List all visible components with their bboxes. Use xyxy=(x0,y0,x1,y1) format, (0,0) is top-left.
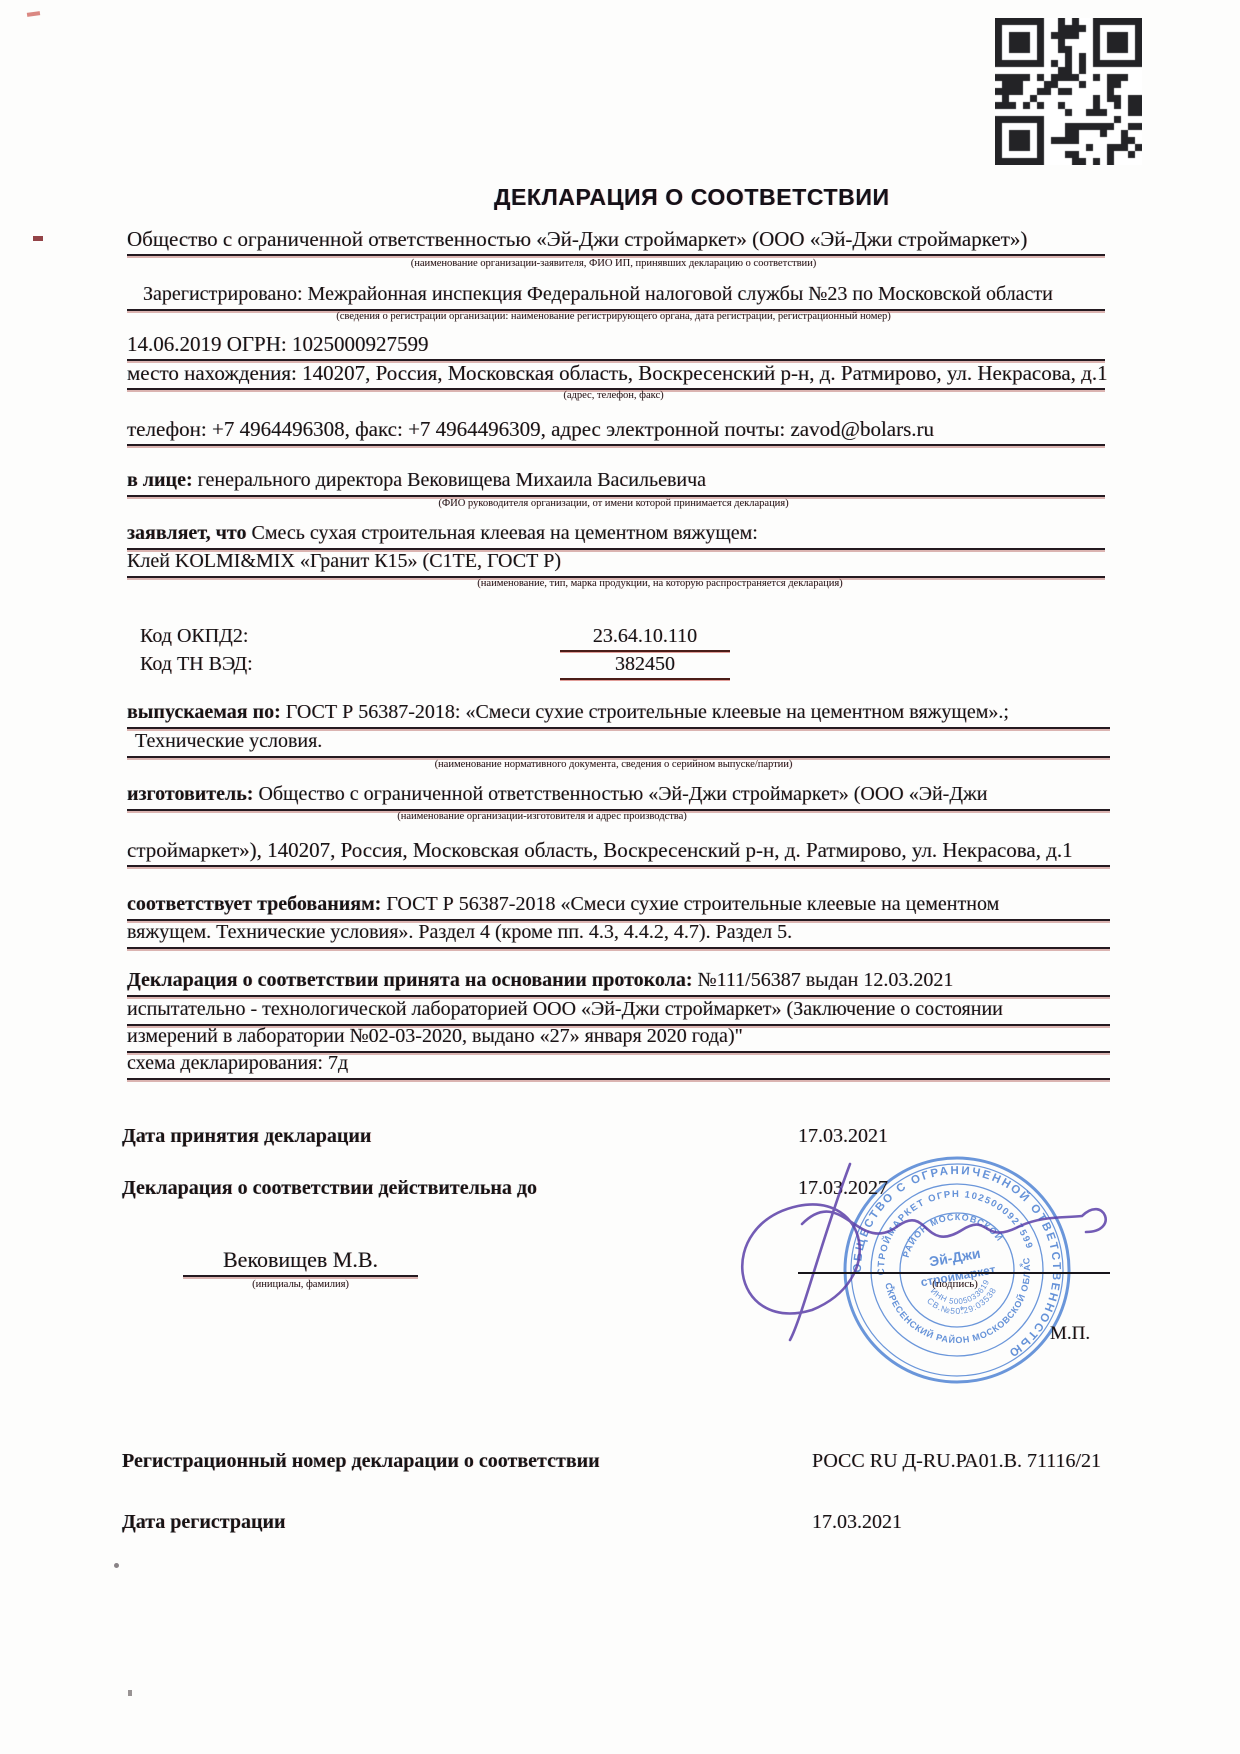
scan-speck-top-left xyxy=(27,11,40,17)
scheme-text: схема декларирования: 7д xyxy=(127,1052,348,1074)
manufacturer-value2: строймаркет»), 140207, Россия, Московска… xyxy=(127,838,1073,862)
signature-line xyxy=(798,1250,1110,1274)
declarant-ogrn-text: 14.06.2019 ОГРН: 1025000927599 xyxy=(127,332,429,356)
product-line: Клей KOLMI&MIX «Гранит К15» (С1ТЕ, ГОСТ … xyxy=(127,549,1105,578)
basis-line3: измерений в лаборатории №02-03-2020, выд… xyxy=(127,1024,1110,1053)
scan-speck-bottom-left-1 xyxy=(114,1563,119,1568)
signature-caption: (подпись) xyxy=(800,1278,1110,1290)
produced-by-label: выпускаемая по: xyxy=(127,701,281,723)
valid-until-label: Декларация о соответствии действительна … xyxy=(122,1176,537,1200)
basis-line2: испытательно - технологической лаборатор… xyxy=(127,997,1110,1026)
declares-value: Смесь сухая строительная клеевая на цеме… xyxy=(246,522,757,544)
produced-by-line2: Технические условия. xyxy=(127,729,1110,758)
representative-line: в лице: генерального директора Вековищев… xyxy=(127,468,1105,497)
compliance-value2: вяжущем. Технические условия». Раздел 4 … xyxy=(127,921,792,943)
declarant-registration-caption: (сведения о регистрации организации: наи… xyxy=(122,311,1105,323)
page-title: ДЕКЛАРАЦИЯ О СООТВЕТСТВИИ xyxy=(494,184,890,211)
basis-line: Декларация о соответствии принята на осн… xyxy=(127,968,1110,997)
declarant-ogrn-line: 14.06.2019 ОГРН: 1025000927599 xyxy=(127,332,1105,361)
scan-dash-left-margin xyxy=(33,236,43,241)
manufacturer-line2: строймаркет»), 140207, Россия, Московска… xyxy=(127,838,1110,867)
scheme-line: схема декларирования: 7д xyxy=(127,1051,1110,1080)
compliance-line: соответствует требованиям: ГОСТ Р 56387-… xyxy=(127,892,1110,921)
produced-by-value2: Технические условия. xyxy=(127,730,322,752)
qr-code xyxy=(995,18,1142,165)
tnved-label: Код ТН ВЭД: xyxy=(140,652,253,676)
basis-label: Декларация о соответствии принята на осн… xyxy=(127,969,693,991)
declarant-registration-line: Зарегистрировано: Межрайонная инспекция … xyxy=(127,282,1105,311)
okpd2-value: 23.64.10.110 xyxy=(560,624,730,652)
adoption-date-label: Дата принятия декларации xyxy=(122,1124,371,1148)
basis-line2-text: испытательно - технологической лаборатор… xyxy=(127,998,1003,1020)
stamp-place-label: М.П. xyxy=(1050,1322,1090,1346)
declarant-contacts-line: телефон: +7 4964496308, факс: +7 4964496… xyxy=(127,417,1105,446)
signatory-name-text: Вековищев М.В. xyxy=(223,1247,378,1272)
scan-speck-bottom-left-2 xyxy=(128,1690,132,1696)
declares-line: заявляет, что Смесь сухая строительная к… xyxy=(127,521,1105,550)
declarant-address-text: место нахождения: 140207, Россия, Москов… xyxy=(127,361,1108,385)
declarant-name-caption: (наименование организации-заявителя, ФИО… xyxy=(122,258,1105,270)
signatory-name-caption: (инициалы, фамилия) xyxy=(183,1279,418,1291)
declarant-address-caption: (адрес, телефон, факс) xyxy=(122,390,1105,402)
basis-line3-text: измерений в лаборатории №02-03-2020, выд… xyxy=(127,1025,743,1047)
produced-by-value: ГОСТ Р 56387-2018: «Смеси сухие строител… xyxy=(281,701,1009,723)
manufacturer-caption: (наименование организации-изготовителя и… xyxy=(122,811,962,823)
manufacturer-value: Общество с ограниченной ответственностью… xyxy=(253,783,987,805)
product-text: Клей KOLMI&MIX «Гранит К15» (С1ТЕ, ГОСТ … xyxy=(127,550,561,572)
registration-number-value: РОСС RU Д-RU.РА01.В. 71116/21 xyxy=(812,1449,1101,1473)
compliance-line2: вяжущем. Технические условия». Раздел 4 … xyxy=(127,920,1110,949)
manufacturer-line: изготовитель: Общество с ограниченной от… xyxy=(127,782,1110,811)
document-page: ДЕКЛАРАЦИЯ О СООТВЕТСТВИИ Общество с огр… xyxy=(0,0,1240,1754)
declarant-contacts-text: телефон: +7 4964496308, факс: +7 4964496… xyxy=(127,417,934,441)
basis-value: №111/56387 выдан 12.03.2021 xyxy=(693,969,954,991)
declarant-name-line: Общество с ограниченной ответственностью… xyxy=(127,227,1105,256)
tnved-value: 382450 xyxy=(560,652,730,680)
signatory-name: Вековищев М.В. xyxy=(183,1248,418,1277)
declarant-address-line: место нахождения: 140207, Россия, Москов… xyxy=(127,361,1105,390)
declares-label: заявляет, что xyxy=(127,522,246,544)
produced-by-caption: (наименование нормативного документа, св… xyxy=(122,759,1105,771)
okpd2-label: Код ОКПД2: xyxy=(140,624,248,648)
manufacturer-label: изготовитель: xyxy=(127,783,253,805)
registration-date-label: Дата регистрации xyxy=(122,1510,286,1534)
representative-label: в лице: xyxy=(127,469,193,491)
compliance-label: соответствует требованиям: xyxy=(127,893,381,915)
declarant-name-text: Общество с ограниченной ответственностью… xyxy=(127,227,1027,251)
compliance-value: ГОСТ Р 56387-2018 «Смеси сухие строитель… xyxy=(381,893,999,915)
registration-number-label: Регистрационный номер декларации о соотв… xyxy=(122,1449,600,1473)
representative-caption: (ФИО руководителя организации, от имени … xyxy=(122,498,1105,510)
representative-value: генерального директора Вековищева Михаил… xyxy=(193,469,706,491)
declarant-registration-text: Зарегистрировано: Межрайонная инспекция … xyxy=(127,283,1053,305)
product-caption: (наименование, тип, марка продукции, на … xyxy=(230,578,1090,590)
produced-by-line: выпускаемая по: ГОСТ Р 56387-2018: «Смес… xyxy=(127,700,1110,729)
registration-date-value: 17.03.2021 xyxy=(812,1510,902,1534)
